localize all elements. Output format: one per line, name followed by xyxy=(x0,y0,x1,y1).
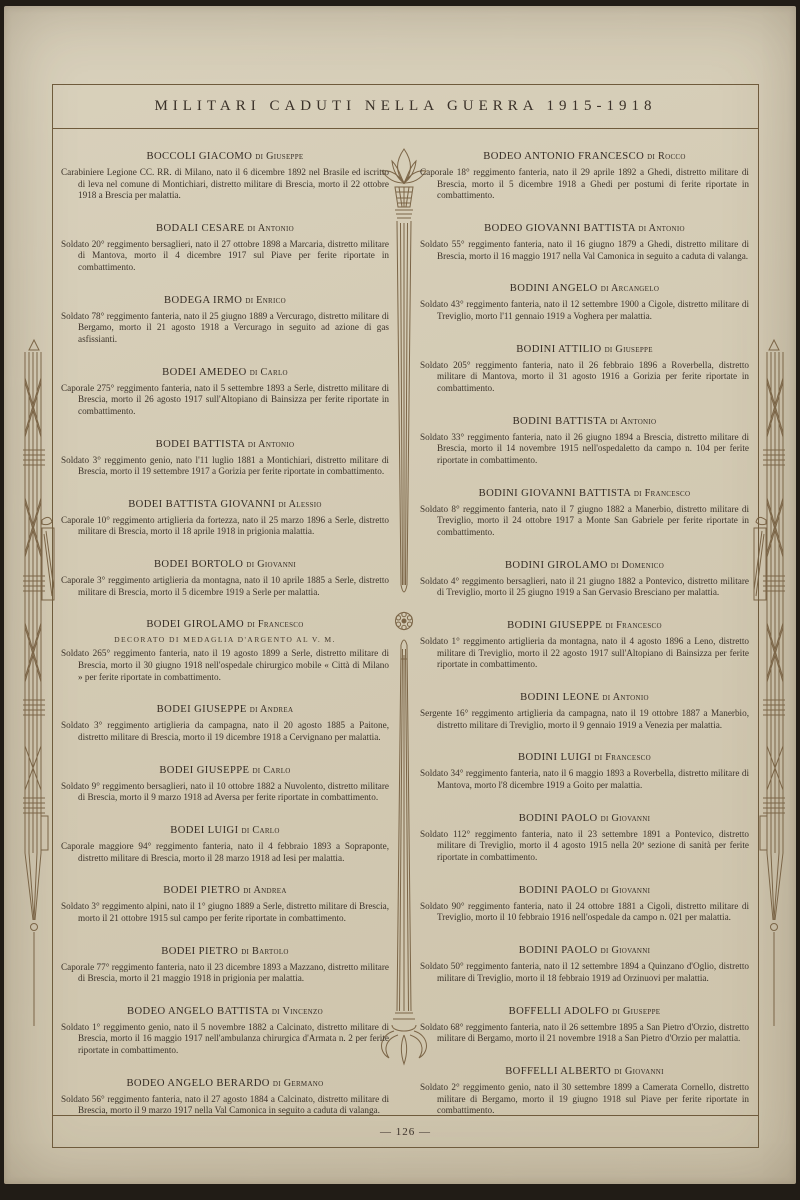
casualty-entry: BODEI GIUSEPPE di Andrea Soldato 3° regg… xyxy=(61,704,389,743)
casualty-patronymic: di Giuseppe xyxy=(255,151,303,162)
casualty-name: BOFFELLI ADOLFO di Giuseppe xyxy=(420,1006,749,1017)
page-footer: — 126 — xyxy=(53,1115,758,1147)
page-number: — 126 — xyxy=(380,1126,431,1138)
casualty-name: BODINI PAOLO di Giovanni xyxy=(420,945,749,956)
casualty-entry: BODEGA IRMO di Enrico Soldato 78° reggim… xyxy=(61,295,389,346)
casualty-surname-names: BOFFELLI ADOLFO xyxy=(509,1006,613,1017)
casualty-name: BODINI GIOVANNI BATTISTA di Francesco xyxy=(420,488,749,499)
casualty-details: Soldato 112° reggimento fanteria, nato i… xyxy=(420,829,749,864)
casualty-details: Sergente 16° reggimento artiglieria da c… xyxy=(420,708,749,731)
casualty-surname-names: BODINI PAOLO xyxy=(519,945,601,956)
casualty-surname-names: BODINI GIUSEPPE xyxy=(507,620,605,631)
casualty-surname-names: BODEI BORTOLO xyxy=(154,559,246,570)
casualty-surname-names: BODINI PAOLO xyxy=(519,813,601,824)
casualty-details: Soldato 8° reggimento fanteria, nato il … xyxy=(420,504,749,539)
casualty-details: Soldato 55° reggimento fanteria, nato il… xyxy=(420,239,749,262)
casualty-entry: BOFFELLI ALBERTO di Giovanni Soldato 2° … xyxy=(420,1066,749,1117)
casualty-details: Soldato 43° reggimento fanteria, nato il… xyxy=(420,299,749,322)
casualty-details: Soldato 265° reggimento fanteria, nato i… xyxy=(61,648,389,683)
casualty-patronymic: di Antonio xyxy=(248,223,294,234)
casualty-entry: BODALI CESARE di Antonio Soldato 20° reg… xyxy=(61,223,389,274)
casualty-entry: BOFFELLI ADOLFO di Giuseppe Soldato 68° … xyxy=(420,1006,749,1045)
casualty-details: Caporale 18° reggimento fanteria, nato i… xyxy=(420,167,749,202)
casualty-patronymic: di Carlo xyxy=(242,825,280,836)
casualty-details: Soldato 50° reggimento fanteria, nato il… xyxy=(420,961,749,984)
casualty-surname-names: BODINI ANGELO xyxy=(510,283,601,294)
casualty-surname-names: BOCCOLI GIACOMO xyxy=(146,151,255,162)
casualty-surname-names: BODEI GIROLAMO xyxy=(146,619,247,630)
casualty-entry: BODEO GIOVANNI BATTISTA di Antonio Solda… xyxy=(420,223,749,262)
casualty-patronymic: di Alessio xyxy=(278,499,321,510)
casualty-details: Soldato 3° reggimento genio, nato l'11 l… xyxy=(61,455,389,478)
casualty-details: Caporale 275° reggimento fanteria, nato … xyxy=(61,383,389,418)
casualty-details: Caporale maggiore 94° reggimento fanteri… xyxy=(61,841,389,864)
casualty-entry: BODEI BATTISTA di Antonio Soldato 3° reg… xyxy=(61,439,389,478)
casualty-patronymic: di Antonio xyxy=(610,416,656,427)
casualty-details: Caporale 77° reggimento fanteria, nato i… xyxy=(61,962,389,985)
casualty-name: BODEO ANTONIO FRANCESCO di Rocco xyxy=(420,151,749,162)
casualty-entry: BODEI BATTISTA GIOVANNI di Alessio Capor… xyxy=(61,499,389,538)
casualty-surname-names: BODEI BATTISTA GIOVANNI xyxy=(128,499,278,510)
casualty-patronymic: di Bartolo xyxy=(241,946,289,957)
book-page: MILITARI CADUTI NELLA GUERRA 1915-1918 —… xyxy=(4,6,796,1184)
casualty-patronymic: di Giovanni xyxy=(601,945,651,956)
casualty-entry: BODEI GIUSEPPE di Carlo Soldato 9° reggi… xyxy=(61,765,389,804)
casualty-patronymic: di Antonio xyxy=(248,439,294,450)
casualty-details: Soldato 90° reggimento fanteria, nato il… xyxy=(420,901,749,924)
casualty-surname-names: BODEI AMEDEO xyxy=(162,367,250,378)
casualty-surname-names: BODINI GIOVANNI BATTISTA xyxy=(479,488,634,499)
casualty-details: Carabiniere Legione CC. RR. di Milano, n… xyxy=(61,167,389,202)
casualty-entry: BODEI GIROLAMO di Francesco DECORATO DI … xyxy=(61,619,389,683)
casualty-name: BODEO ANGELO BATTISTA di Vincenzo xyxy=(61,1006,389,1017)
casualty-name: BODEI BATTISTA di Antonio xyxy=(61,439,389,450)
casualty-name: BODINI LUIGI di Francesco xyxy=(420,752,749,763)
casualty-name: BODINI ANGELO di Arcangelo xyxy=(420,283,749,294)
casualty-name: BODEO ANGELO BERARDO di Germano xyxy=(61,1078,389,1089)
casualty-patronymic: di Domenico xyxy=(611,560,664,571)
casualty-patronymic: di Giovanni xyxy=(614,1066,664,1077)
casualty-name: BODINI PAOLO di Giovanni xyxy=(420,885,749,896)
casualty-name: BODEI BATTISTA GIOVANNI di Alessio xyxy=(61,499,389,510)
casualty-surname-names: BODEI BATTISTA xyxy=(156,439,248,450)
casualty-patronymic: di Giovanni xyxy=(246,559,296,570)
casualty-entry: BODEO ANGELO BERARDO di Germano Soldato … xyxy=(61,1078,389,1117)
casualty-entry: BODINI GIUSEPPE di Francesco Soldato 1° … xyxy=(420,620,749,671)
casualty-entry: BODEI AMEDEO di Carlo Caporale 275° regg… xyxy=(61,367,389,418)
casualty-details: Soldato 68° reggimento fanteria, nato il… xyxy=(420,1022,749,1045)
casualty-details: Soldato 3° reggimento artiglieria da cam… xyxy=(61,720,389,743)
casualty-details: Caporale 3° reggimento artiglieria da mo… xyxy=(61,575,389,598)
casualty-entry: BODEI PIETRO di Bartolo Caporale 77° reg… xyxy=(61,946,389,985)
casualty-surname-names: BODINI PAOLO xyxy=(519,885,601,896)
casualty-name: BODINI BATTISTA di Antonio xyxy=(420,416,749,427)
casualty-patronymic: di Giuseppe xyxy=(612,1006,660,1017)
casualty-name: BODALI CESARE di Antonio xyxy=(61,223,389,234)
casualty-surname-names: BODEI LUIGI xyxy=(170,825,241,836)
casualty-surname-names: BODINI BATTISTA xyxy=(513,416,610,427)
casualty-patronymic: di Enrico xyxy=(245,295,286,306)
casualty-details: Soldato 205° reggimento fanteria, nato i… xyxy=(420,360,749,395)
casualty-name: BODEI PIETRO di Andrea xyxy=(61,885,389,896)
casualty-details: Soldato 1° reggimento genio, nato il 5 n… xyxy=(61,1022,389,1057)
casualty-patronymic: di Germano xyxy=(273,1078,324,1089)
casualty-details: Soldato 56° reggimento fanteria, nato il… xyxy=(61,1094,389,1117)
casualty-entry: BODINI LEONE di Antonio Sergente 16° reg… xyxy=(420,692,749,731)
casualty-surname-names: BODEI GIUSEPPE xyxy=(159,765,252,776)
casualty-patronymic: di Giuseppe xyxy=(605,344,653,355)
casualty-details: Soldato 3° reggimento alpini, nato il 1°… xyxy=(61,901,389,924)
casualty-name: BODEI BORTOLO di Giovanni xyxy=(61,559,389,570)
casualty-details: Soldato 33° reggimento fanteria, nato il… xyxy=(420,432,749,467)
casualty-entry: BODINI GIOVANNI BATTISTA di Francesco So… xyxy=(420,488,749,539)
casualty-entry: BODINI GIROLAMO di Domenico Soldato 4° r… xyxy=(420,560,749,599)
casualty-name: BODINI GIUSEPPE di Francesco xyxy=(420,620,749,631)
casualty-details: Soldato 1° reggimento artiglieria da mon… xyxy=(420,636,749,671)
casualty-surname-names: BODEI PIETRO xyxy=(163,885,243,896)
casualty-details: Soldato 78° reggimento fanteria, nato il… xyxy=(61,311,389,346)
casualty-name: BOCCOLI GIACOMO di Giuseppe xyxy=(61,151,389,162)
casualty-surname-names: BODEO ANGELO BERARDO xyxy=(126,1078,272,1089)
casualty-name: BODEI AMEDEO di Carlo xyxy=(61,367,389,378)
casualty-name: BODEI GIROLAMO di Francesco xyxy=(61,619,389,630)
casualty-patronymic: di Giovanni xyxy=(601,813,651,824)
casualty-entry: BODEO ANGELO BATTISTA di Vincenzo Soldat… xyxy=(61,1006,389,1057)
casualty-patronymic: di Giovanni xyxy=(601,885,651,896)
casualty-surname-names: BODINI LUIGI xyxy=(518,752,594,763)
casualty-entry: BOCCOLI GIACOMO di Giuseppe Carabiniere … xyxy=(61,151,389,202)
casualty-surname-names: BODEO GIOVANNI BATTISTA xyxy=(484,223,638,234)
casualty-details: Soldato 9° reggimento bersaglieri, nato … xyxy=(61,781,389,804)
casualty-name: BODEI GIUSEPPE di Carlo xyxy=(61,765,389,776)
casualty-patronymic: di Antonio xyxy=(638,223,684,234)
casualty-entry: BODINI PAOLO di Giovanni Soldato 50° reg… xyxy=(420,945,749,984)
casualty-entry: BODINI LUIGI di Francesco Soldato 34° re… xyxy=(420,752,749,791)
casualty-surname-names: BODEO ANTONIO FRANCESCO xyxy=(483,151,647,162)
casualty-entry: BODINI ATTILIO di Giuseppe Soldato 205° … xyxy=(420,344,749,395)
casualty-surname-names: BODINI GIROLAMO xyxy=(505,560,611,571)
casualty-details: Soldato 20° reggimento bersaglieri, nato… xyxy=(61,239,389,274)
casualty-name: BODINI ATTILIO di Giuseppe xyxy=(420,344,749,355)
casualty-name: BODINI GIROLAMO di Domenico xyxy=(420,560,749,571)
casualty-entry: BODEO ANTONIO FRANCESCO di Rocco Caporal… xyxy=(420,151,749,202)
casualty-name: BODEI GIUSEPPE di Andrea xyxy=(61,704,389,715)
casualty-entry: BODEI LUIGI di Carlo Caporale maggiore 9… xyxy=(61,825,389,864)
casualty-patronymic: di Andrea xyxy=(250,704,294,715)
casualty-patronymic: di Francesco xyxy=(605,620,662,631)
casualty-patronymic: di Rocco xyxy=(647,151,686,162)
casualty-surname-names: BOFFELLI ALBERTO xyxy=(505,1066,614,1077)
casualty-details: Soldato 2° reggimento genio, nato il 30 … xyxy=(420,1082,749,1117)
casualty-surname-names: BODALI CESARE xyxy=(156,223,248,234)
casualty-name: BODEO GIOVANNI BATTISTA di Antonio xyxy=(420,223,749,234)
casualty-details: Caporale 10° reggimento artiglieria da f… xyxy=(61,515,389,538)
casualty-patronymic: di Francesco xyxy=(594,752,651,763)
casualty-surname-names: BODEI GIUSEPPE xyxy=(157,704,250,715)
casualty-patronymic: di Vincenzo xyxy=(272,1006,323,1017)
casualty-name: BODINI PAOLO di Giovanni xyxy=(420,813,749,824)
casualty-patronymic: di Andrea xyxy=(243,885,287,896)
casualty-surname-names: BODEO ANGELO BATTISTA xyxy=(127,1006,272,1017)
casualty-name: BODINI LEONE di Antonio xyxy=(420,692,749,703)
casualty-entry: BODINI ANGELO di Arcangelo Soldato 43° r… xyxy=(420,283,749,322)
column-left: BOCCOLI GIACOMO di Giuseppe Carabiniere … xyxy=(61,151,389,1117)
casualty-patronymic: di Arcangelo xyxy=(601,283,659,294)
casualty-surname-names: BODINI ATTILIO xyxy=(516,344,604,355)
casualty-details: Soldato 34° reggimento fanteria, nato il… xyxy=(420,768,749,791)
casualty-patronymic: di Carlo xyxy=(250,367,288,378)
casualty-patronymic: di Francesco xyxy=(634,488,691,499)
decoration-line: DECORATO DI MEDAGLIA D'ARGENTO AL V. M. xyxy=(61,635,389,644)
fasces-border-left-icon xyxy=(12,338,56,1028)
casualty-patronymic: di Antonio xyxy=(602,692,648,703)
casualty-surname-names: BODEGA IRMO xyxy=(164,295,245,306)
page-title: MILITARI CADUTI NELLA GUERRA 1915-1918 xyxy=(154,98,656,115)
casualty-name: BODEI LUIGI di Carlo xyxy=(61,825,389,836)
casualty-entry: BODINI BATTISTA di Antonio Soldato 33° r… xyxy=(420,416,749,467)
column-right: BODEO ANTONIO FRANCESCO di Rocco Caporal… xyxy=(420,151,749,1117)
casualty-patronymic: di Francesco xyxy=(247,619,304,630)
casualty-details: Soldato 4° reggimento bersaglieri, nato … xyxy=(420,576,749,599)
casualty-name: BODEI PIETRO di Bartolo xyxy=(61,946,389,957)
casualty-entry: BODEI PIETRO di Andrea Soldato 3° reggim… xyxy=(61,885,389,924)
casualty-entry: BODINI PAOLO di Giovanni Soldato 112° re… xyxy=(420,813,749,864)
casualty-entry: BODEI BORTOLO di Giovanni Caporale 3° re… xyxy=(61,559,389,598)
casualty-surname-names: BODINI LEONE xyxy=(520,692,602,703)
casualty-name: BOFFELLI ALBERTO di Giovanni xyxy=(420,1066,749,1077)
casualty-name: BODEGA IRMO di Enrico xyxy=(61,295,389,306)
casualty-entry: BODINI PAOLO di Giovanni Soldato 90° reg… xyxy=(420,885,749,924)
page-header: MILITARI CADUTI NELLA GUERRA 1915-1918 xyxy=(53,85,758,129)
casualty-patronymic: di Carlo xyxy=(252,765,290,776)
casualty-surname-names: BODEI PIETRO xyxy=(161,946,241,957)
